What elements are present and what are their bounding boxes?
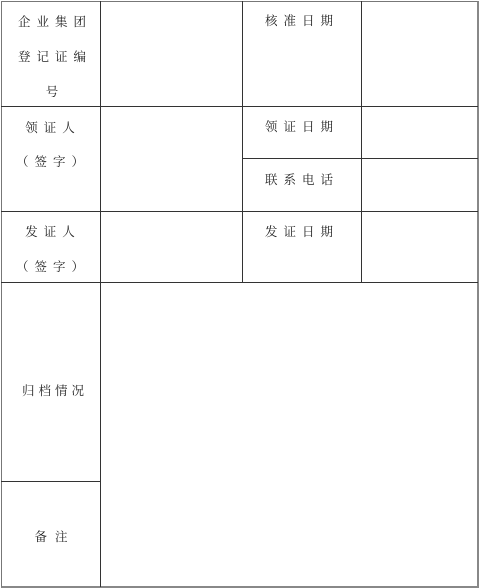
label-remarks: 备注 bbox=[10, 527, 100, 545]
receipt-date-field[interactable] bbox=[362, 107, 477, 158]
label-archive-status: 归档情况 bbox=[10, 381, 100, 399]
contact-phone-field[interactable] bbox=[362, 159, 477, 211]
label-recipient: 领证人 bbox=[6, 118, 100, 136]
label-registration-number-line3: 号 bbox=[10, 82, 100, 100]
row-divider bbox=[1, 481, 101, 482]
registration-number-field[interactable] bbox=[101, 2, 242, 106]
archive-and-remarks-field[interactable] bbox=[101, 283, 477, 586]
approval-date-field[interactable] bbox=[362, 2, 477, 106]
label-recipient-signature: （签字） bbox=[6, 152, 100, 170]
label-contact-phone: 联系电话 bbox=[246, 170, 358, 188]
col-divider bbox=[242, 1, 243, 282]
label-approval-date: 核准日期 bbox=[246, 11, 358, 29]
label-receipt-date: 领证日期 bbox=[246, 117, 358, 135]
label-registration-number-line2: 登记证编 bbox=[10, 47, 100, 65]
recipient-signature-field[interactable] bbox=[101, 107, 242, 211]
certificate-form-table: 企业集团 登记证编 号 核准日期 领证人 （签字） 领证日期 联系电话 发证人 … bbox=[0, 0, 479, 588]
label-registration-number-line1: 企业集团 bbox=[10, 12, 100, 30]
issue-date-field[interactable] bbox=[362, 212, 477, 282]
label-issuer-signature: （签字） bbox=[6, 257, 100, 275]
label-issuer: 发证人 bbox=[6, 222, 100, 240]
label-issue-date: 发证日期 bbox=[246, 222, 358, 240]
issuer-signature-field[interactable] bbox=[101, 212, 242, 282]
